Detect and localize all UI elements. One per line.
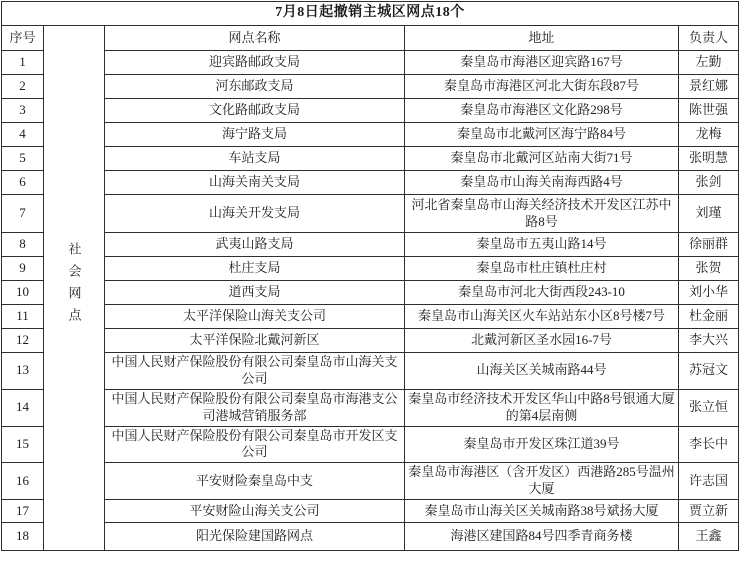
index-cell: 5 xyxy=(2,147,44,171)
manager-cell: 陈世强 xyxy=(679,99,739,123)
address-cell: 山海关区关城南路44号 xyxy=(405,353,679,390)
address-cell: 秦皇岛市海港区（含开发区）西港路285号温州大厦 xyxy=(405,463,679,500)
manager-cell: 徐丽群 xyxy=(679,233,739,257)
table-row: 7 山海关开发支局 河北省秦皇岛市山海关经济技术开发区江苏中路8号 刘瑾 xyxy=(2,195,739,233)
site-name-cell: 山海关南关支局 xyxy=(105,171,405,195)
col-header-name: 网点名称 xyxy=(105,26,405,51)
site-name-cell: 平安财险秦皇岛中支 xyxy=(105,463,405,500)
col-header-index: 序号 xyxy=(2,26,44,51)
table-title: 7月8日起撤销主城区网点18个 xyxy=(2,2,739,26)
site-name-cell: 太平洋保险山海关支公司 xyxy=(105,305,405,329)
site-name-cell: 迎宾路邮政支局 xyxy=(105,51,405,75)
index-cell: 11 xyxy=(2,305,44,329)
manager-cell: 贾立新 xyxy=(679,500,739,523)
index-cell: 18 xyxy=(2,523,44,551)
index-cell: 7 xyxy=(2,195,44,233)
site-name-cell: 车站支局 xyxy=(105,147,405,171)
site-name-cell: 河东邮政支局 xyxy=(105,75,405,99)
table-row: 2 河东邮政支局 秦皇岛市海港区河北大街东段87号 景红娜 xyxy=(2,75,739,99)
manager-cell: 张贺 xyxy=(679,257,739,281)
index-cell: 17 xyxy=(2,500,44,523)
manager-cell: 龙梅 xyxy=(679,123,739,147)
manager-cell: 李长中 xyxy=(679,426,739,463)
table-row: 6 山海关南关支局 秦皇岛市山海关南海西路4号 张剑 xyxy=(2,171,739,195)
address-cell: 秦皇岛市海港区文化路298号 xyxy=(405,99,679,123)
index-cell: 4 xyxy=(2,123,44,147)
table-row: 5 车站支局 秦皇岛市北戴河区站南大街71号 张明慧 xyxy=(2,147,739,171)
manager-cell: 左勤 xyxy=(679,51,739,75)
index-cell: 10 xyxy=(2,281,44,305)
document-page: 7月8日起撤销主城区网点18个 序号 社会网点 网点名称 地址 负责人 1 迎宾… xyxy=(0,0,740,568)
address-cell: 秦皇岛市经济技术开发区华山中路8号银通大厦的第4层南侧 xyxy=(405,389,679,426)
site-name-cell: 海宁路支局 xyxy=(105,123,405,147)
table-row: 3 文化路邮政支局 秦皇岛市海港区文化路298号 陈世强 xyxy=(2,99,739,123)
table-row: 13 中国人民财产保险股份有限公司秦皇岛市山海关支公司 山海关区关城南路44号 … xyxy=(2,353,739,390)
index-cell: 14 xyxy=(2,389,44,426)
site-name-cell: 道西支局 xyxy=(105,281,405,305)
index-cell: 13 xyxy=(2,353,44,390)
address-cell: 秦皇岛市山海关区火车站站东小区8号楼7号 xyxy=(405,305,679,329)
table-row: 17 平安财险山海关支公司 秦皇岛市山海关区关城南路38号斌扬大厦 贾立新 xyxy=(2,500,739,523)
index-cell: 9 xyxy=(2,257,44,281)
manager-cell: 刘瑾 xyxy=(679,195,739,233)
manager-cell: 王鑫 xyxy=(679,523,739,551)
address-cell: 秦皇岛市山海关区关城南路38号斌扬大厦 xyxy=(405,500,679,523)
address-cell: 秦皇岛市北戴河区站南大街71号 xyxy=(405,147,679,171)
site-name-cell: 中国人民财产保险股份有限公司秦皇岛市开发区支公司 xyxy=(105,426,405,463)
table-row: 16 平安财险秦皇岛中支 秦皇岛市海港区（含开发区）西港路285号温州大厦 许志… xyxy=(2,463,739,500)
address-cell: 海港区建国路84号四季青商务楼 xyxy=(405,523,679,551)
group-label: 社会网点 xyxy=(68,242,81,330)
address-cell: 秦皇岛市海港区迎宾路167号 xyxy=(405,51,679,75)
index-cell: 15 xyxy=(2,426,44,463)
address-cell: 北戴河新区圣水园16-7号 xyxy=(405,329,679,353)
manager-cell: 刘小华 xyxy=(679,281,739,305)
address-cell: 秦皇岛市开发区珠江道39号 xyxy=(405,426,679,463)
index-cell: 3 xyxy=(2,99,44,123)
network-points-table: 7月8日起撤销主城区网点18个 序号 社会网点 网点名称 地址 负责人 1 迎宾… xyxy=(1,1,739,551)
table-row: 8 武夷山路支局 秦皇岛市五夷山路14号 徐丽群 xyxy=(2,233,739,257)
table-row: 9 杜庄支局 秦皇岛市杜庄镇杜庄村 张贺 xyxy=(2,257,739,281)
table-row: 14 中国人民财产保险股份有限公司秦皇岛市海港支公司港城营销服务部 秦皇岛市经济… xyxy=(2,389,739,426)
manager-cell: 苏冠文 xyxy=(679,353,739,390)
address-cell: 秦皇岛市杜庄镇杜庄村 xyxy=(405,257,679,281)
manager-cell: 张剑 xyxy=(679,171,739,195)
index-cell: 2 xyxy=(2,75,44,99)
site-name-cell: 山海关开发支局 xyxy=(105,195,405,233)
manager-cell: 景红娜 xyxy=(679,75,739,99)
manager-cell: 李大兴 xyxy=(679,329,739,353)
address-cell: 秦皇岛市海港区河北大街东段87号 xyxy=(405,75,679,99)
manager-cell: 杜金丽 xyxy=(679,305,739,329)
site-name-cell: 文化路邮政支局 xyxy=(105,99,405,123)
address-cell: 秦皇岛市五夷山路14号 xyxy=(405,233,679,257)
address-cell: 河北省秦皇岛市山海关经济技术开发区江苏中路8号 xyxy=(405,195,679,233)
table-row: 10 道西支局 秦皇岛市河北大街西段243-10 刘小华 xyxy=(2,281,739,305)
table-row: 18 阳光保险建国路网点 海港区建国路84号四季青商务楼 王鑫 xyxy=(2,523,739,551)
index-cell: 6 xyxy=(2,171,44,195)
table-row: 15 中国人民财产保险股份有限公司秦皇岛市开发区支公司 秦皇岛市开发区珠江道39… xyxy=(2,426,739,463)
address-cell: 秦皇岛市河北大街西段243-10 xyxy=(405,281,679,305)
address-cell: 秦皇岛市北戴河区海宁路84号 xyxy=(405,123,679,147)
table-row: 11 太平洋保险山海关支公司 秦皇岛市山海关区火车站站东小区8号楼7号 杜金丽 xyxy=(2,305,739,329)
address-cell: 秦皇岛市山海关南海西路4号 xyxy=(405,171,679,195)
col-header-address: 地址 xyxy=(405,26,679,51)
index-cell: 12 xyxy=(2,329,44,353)
table-row: 4 海宁路支局 秦皇岛市北戴河区海宁路84号 龙梅 xyxy=(2,123,739,147)
title-row: 7月8日起撤销主城区网点18个 xyxy=(2,2,739,26)
header-row: 序号 社会网点 网点名称 地址 负责人 xyxy=(2,26,739,51)
site-name-cell: 杜庄支局 xyxy=(105,257,405,281)
manager-cell: 张明慧 xyxy=(679,147,739,171)
index-cell: 1 xyxy=(2,51,44,75)
site-name-cell: 平安财险山海关支公司 xyxy=(105,500,405,523)
group-cell: 社会网点 xyxy=(44,26,105,551)
manager-cell: 许志国 xyxy=(679,463,739,500)
site-name-cell: 中国人民财产保险股份有限公司秦皇岛市山海关支公司 xyxy=(105,353,405,390)
site-name-cell: 阳光保险建国路网点 xyxy=(105,523,405,551)
index-cell: 16 xyxy=(2,463,44,500)
table-row: 12 太平洋保险北戴河新区 北戴河新区圣水园16-7号 李大兴 xyxy=(2,329,739,353)
site-name-cell: 太平洋保险北戴河新区 xyxy=(105,329,405,353)
manager-cell: 张立恒 xyxy=(679,389,739,426)
table-row: 1 迎宾路邮政支局 秦皇岛市海港区迎宾路167号 左勤 xyxy=(2,51,739,75)
site-name-cell: 中国人民财产保险股份有限公司秦皇岛市海港支公司港城营销服务部 xyxy=(105,389,405,426)
index-cell: 8 xyxy=(2,233,44,257)
site-name-cell: 武夷山路支局 xyxy=(105,233,405,257)
col-header-manager: 负责人 xyxy=(679,26,739,51)
